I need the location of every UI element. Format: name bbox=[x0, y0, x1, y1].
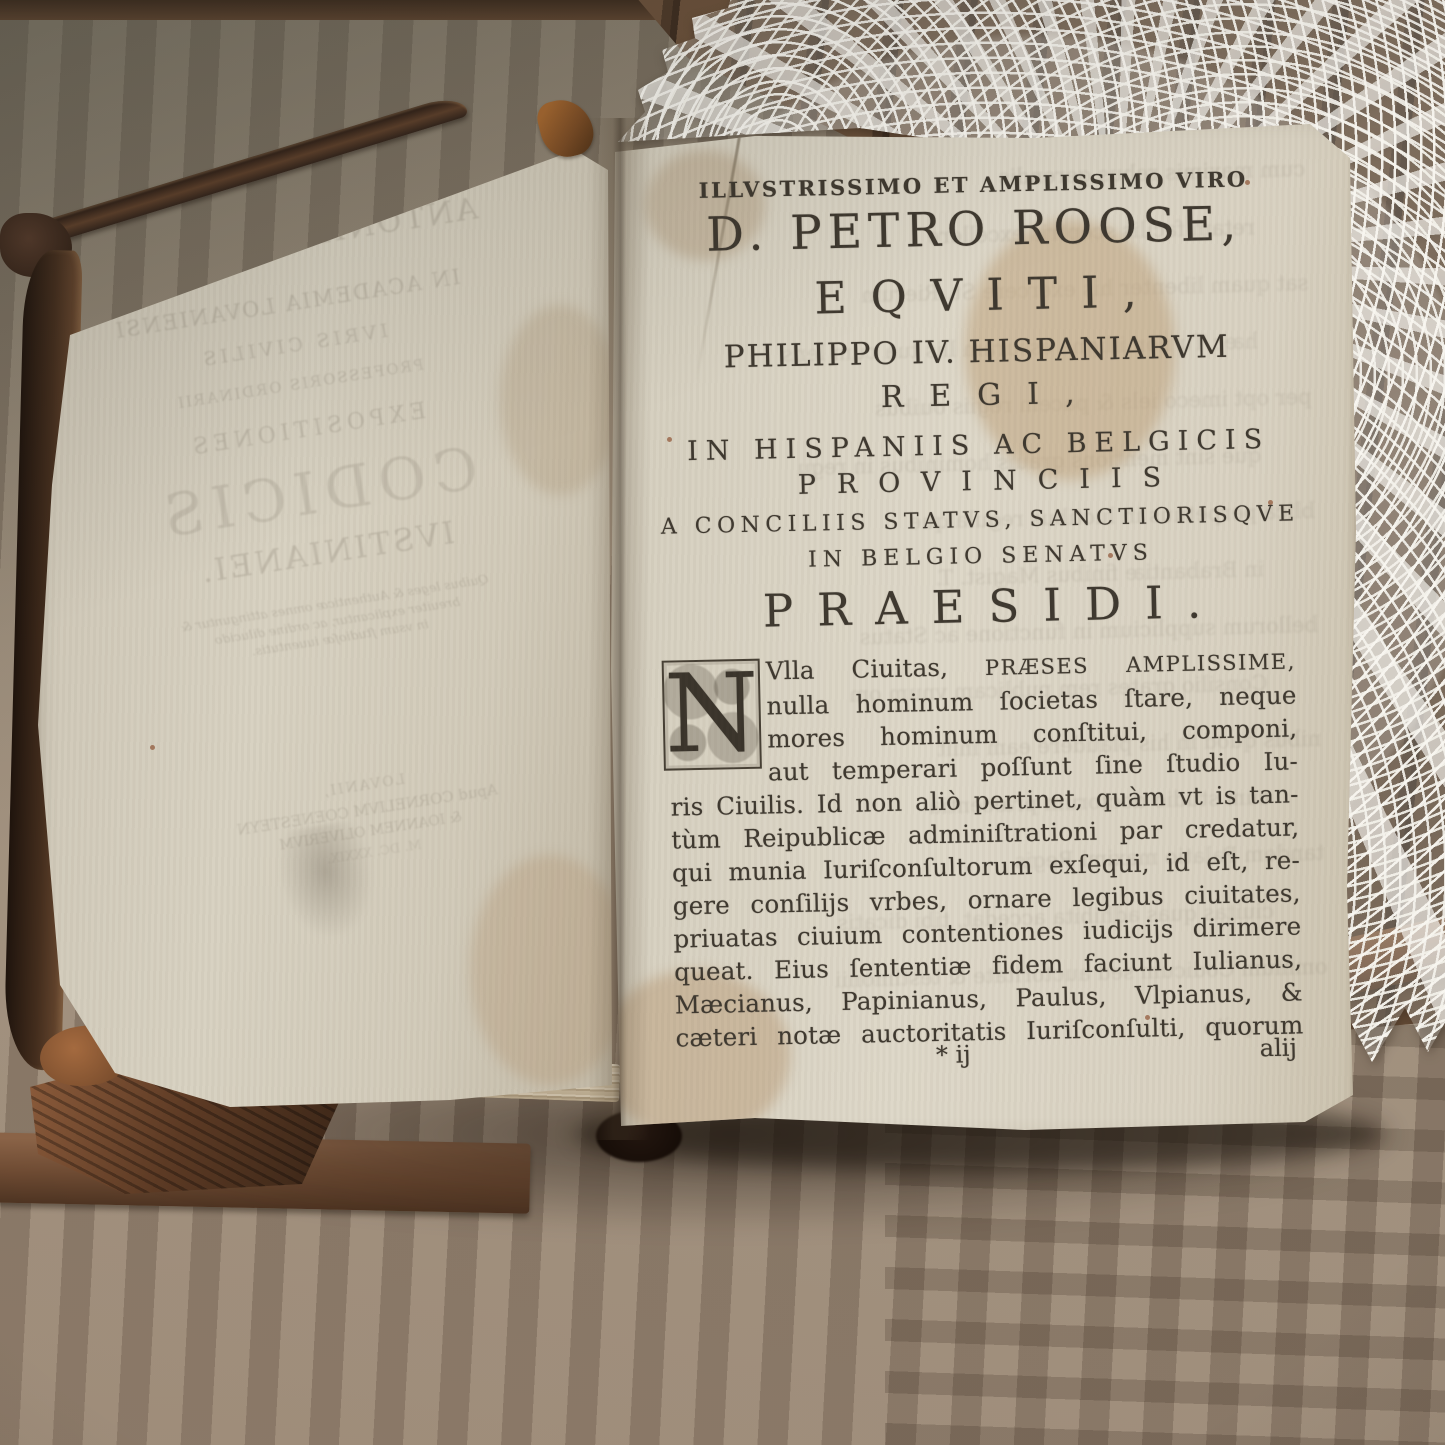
water-stain bbox=[500, 305, 620, 495]
dedication-body: Vlla Ciuitas, PRÆSES AMPLISSIME, nulla h… bbox=[668, 643, 1304, 1054]
dedicatee-title: EQVITI, bbox=[613, 262, 1339, 328]
catchword: alij bbox=[1259, 1034, 1297, 1063]
body-full-lines: ris Ciuilis. Id non aliò pertinet, quàm … bbox=[670, 777, 1303, 1054]
body-line-text: Vlla Ciuitas, bbox=[766, 652, 986, 686]
body-indented-lines: nulla hominum ſocietas ſtare, nequemores… bbox=[668, 678, 1298, 790]
right-page: cum maximis rebus gerendisretam facilis … bbox=[605, 110, 1360, 1145]
line-praesidi: PRAESIDI. bbox=[619, 572, 1345, 640]
dedicatee-name: D. PETRO ROOSE, bbox=[611, 195, 1337, 265]
line-conciliis: A CONCILIIS STATVS, SANCTIORISQVE bbox=[618, 500, 1343, 540]
dedication-text: ILLVSTRISSIMO ET AMPLISSIMO VIRO D. PETR… bbox=[594, 102, 1371, 1153]
photo-antique-open-book: ANTONII PEREZII I.C.IN ACADEMIA LOVANIEN… bbox=[0, 0, 1445, 1445]
foxing-speck bbox=[150, 745, 155, 750]
line-belgio: IN BELGIO SENATVS bbox=[618, 536, 1343, 576]
signature-mark: * ij bbox=[936, 1040, 971, 1069]
line-philippo: PHILIPPO IV. HISPANIARVM bbox=[614, 326, 1340, 377]
line-regi: REGI, bbox=[615, 370, 1341, 420]
printer-device-ghost bbox=[272, 818, 384, 946]
water-stain bbox=[470, 855, 630, 1085]
body-line-smallcaps: PRÆSES AMPLISSIME, bbox=[985, 649, 1296, 680]
wood-strip-top-edge bbox=[0, 0, 700, 20]
